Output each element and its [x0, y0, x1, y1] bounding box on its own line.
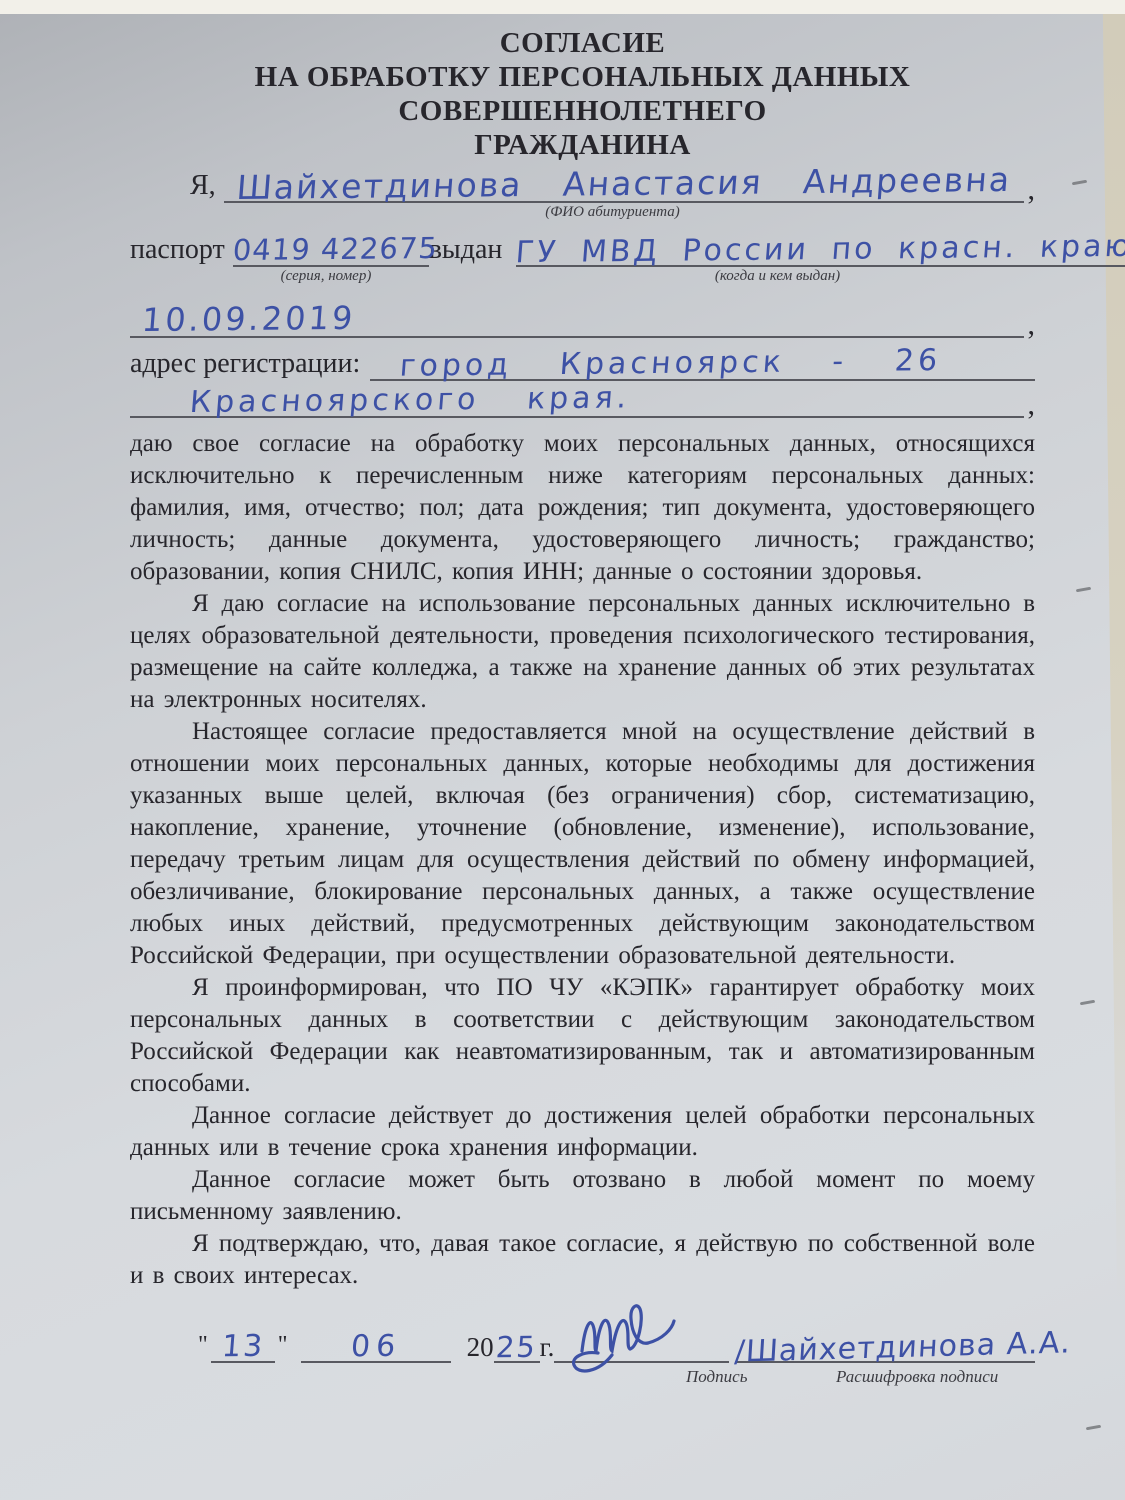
- year-handwritten-value: 25: [495, 1330, 539, 1364]
- address-handwritten-line2: Красноярского края.: [128, 381, 631, 420]
- page-right-edge: [1099, 14, 1125, 1314]
- paragraph-usage-purposes: Я даю согласие на использование персонал…: [130, 588, 1035, 716]
- signature-fill-line: [554, 1327, 729, 1363]
- paragraph-revocation: Данное согласие может быть отозвано в лю…: [130, 1164, 1035, 1228]
- title-line-1: СОГЛАСИЕ: [130, 26, 1035, 60]
- issued-by-fill-line: ГУ МВД России по красн. краю: [516, 230, 1125, 267]
- fio-fill-line: Шайхетдинова Анастасия Андреевна: [224, 164, 1024, 203]
- issue-date-trailing-comma: ,: [1024, 308, 1036, 342]
- address-fill-line-2: Красноярского края.: [130, 381, 1024, 418]
- day-handwritten-value: 13: [220, 1329, 265, 1364]
- paragraph-categories: даю свое согласие на обработку моих перс…: [130, 428, 1035, 588]
- paragraph-actions-scope: Настоящее согласие предоставляется мной …: [130, 716, 1035, 972]
- i-prefix-label: Я,: [130, 169, 224, 203]
- issued-label: выдан: [429, 233, 517, 267]
- issue-date-handwritten-value: 10.09.2019: [129, 301, 357, 337]
- fio-trailing-comma: ,: [1024, 173, 1036, 207]
- fio-row: Я, Шайхетдинова Анастасия Андреевна ,: [130, 164, 1035, 203]
- address-row: адрес регистрации: город Красноярск - 26: [130, 344, 1035, 381]
- year-suffix-label: г.: [540, 1332, 555, 1363]
- signature-decryption-label: Расшифровка подписи: [836, 1367, 1035, 1387]
- signature-name-fill-line: /Шайхетдинова А.А.: [735, 1327, 1035, 1363]
- address-fill-line-1: город Красноярск - 26: [370, 344, 1035, 381]
- day-fill-line: 13: [211, 1326, 275, 1363]
- signature-scribble: [568, 1299, 718, 1379]
- page-top-edge: [0, 0, 1125, 14]
- address-trailing-comma: ,: [1024, 388, 1036, 422]
- address-handwritten-line1: город Красноярск - 26: [369, 344, 943, 384]
- fio-handwritten-value: Шайхетдинова Анастасия Андреевна: [235, 163, 1012, 205]
- signature-footer: " 13 " 06 20 25 г.: [130, 1326, 1035, 1363]
- signature-name-handwritten-value: /Шайхетдинова А.А.: [734, 1325, 1072, 1369]
- paragraph-college-guarantee: Я проинформирован, что ПО ЧУ «КЭПК» гара…: [130, 972, 1035, 1100]
- month-handwritten-value: 06: [349, 1329, 402, 1365]
- open-quote: ": [195, 1332, 211, 1359]
- consent-body: даю свое согласие на обработку моих перс…: [130, 428, 1035, 1292]
- year-fill-line: 25: [494, 1327, 540, 1363]
- when-issued-sublabel: (когда и кем выдан): [520, 267, 1035, 285]
- passport-number-handwritten-value: 0419 422675: [231, 231, 439, 267]
- edge-mark: [1076, 587, 1091, 593]
- passport-label: паспорт: [130, 233, 233, 267]
- series-sublabel: (серия, номер): [228, 267, 424, 285]
- paragraph-validity-term: Данное согласие действует до достижения …: [130, 1100, 1035, 1164]
- issue-date-row: 10.09.2019 ,: [130, 299, 1035, 338]
- title-line-2: НА ОБРАБОТКУ ПЕРСОНАЛЬНЫХ ДАННЫХ СОВЕРШЕ…: [130, 60, 1035, 128]
- passport-sublabel-row: (серия, номер) (когда и кем выдан): [130, 267, 1035, 285]
- passport-row: паспорт 0419 422675 выдан ГУ МВД России …: [130, 229, 1035, 267]
- edge-mark: [1080, 1000, 1095, 1006]
- year-prefix-label: 20: [451, 1332, 494, 1363]
- month-fill-line: 06: [301, 1326, 451, 1363]
- paragraph-free-will: Я подтверждаю, что, давая такое согласие…: [130, 1228, 1035, 1292]
- title-line-3: ГРАЖДАНИНА: [130, 128, 1035, 162]
- address-label: адрес регистрации:: [130, 347, 370, 381]
- document-title: СОГЛАСИЕ НА ОБРАБОТКУ ПЕРСОНАЛЬНЫХ ДАННЫ…: [130, 26, 1035, 162]
- issued-by-handwritten-value: ГУ МВД России по красн. краю: [515, 230, 1125, 270]
- edge-mark: [1072, 180, 1087, 186]
- passport-number-fill-line: 0419 422675: [233, 229, 429, 267]
- edge-mark: [1086, 1425, 1101, 1431]
- issue-date-fill-line: 10.09.2019: [130, 299, 1024, 338]
- close-quote: ": [275, 1332, 291, 1359]
- address-row-2: Красноярского края. ,: [130, 381, 1035, 418]
- scanned-consent-document: СОГЛАСИЕ НА ОБРАБОТКУ ПЕРСОНАЛЬНЫХ ДАННЫ…: [0, 0, 1125, 1500]
